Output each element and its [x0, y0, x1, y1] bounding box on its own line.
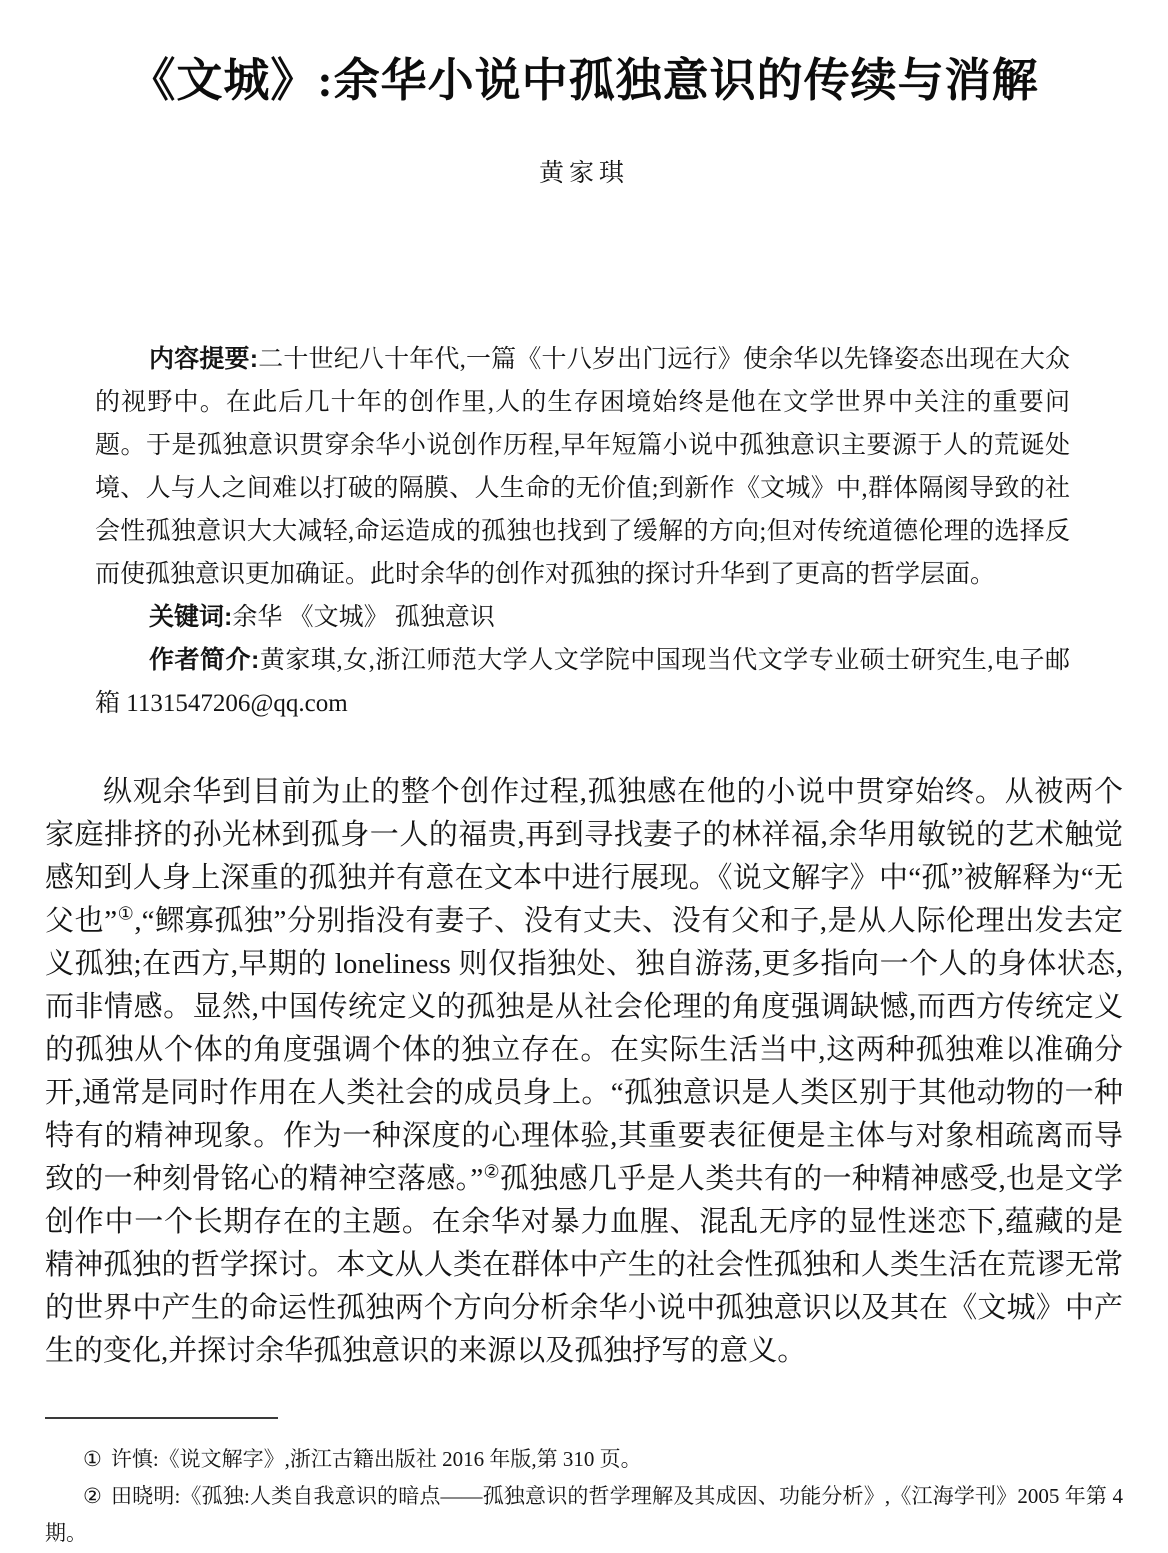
footnotes-section: ①许慎:《说文解字》,浙江古籍出版社 2016 年版,第 310 页。 ②田晓明… — [45, 1417, 1123, 1552]
footnote-separator-rule — [45, 1417, 278, 1419]
footnote-item: ①许慎:《说文解字》,浙江古籍出版社 2016 年版,第 310 页。 — [45, 1441, 1123, 1478]
body-text-segment: ,“鳏寡孤独”分别指没有妻子、没有丈夫、没有父和子,是从人际伦理出发去定义孤独;… — [45, 905, 1123, 1195]
author-bio-line: 作者简介:黄家琪,女,浙江师范大学人文学院中国现当代文学专业硕士研究生,电子邮箱… — [95, 639, 1070, 725]
footnote-ref-2: ② — [483, 1161, 500, 1181]
footnote-ref-1: ① — [117, 903, 134, 923]
abstract-label: 内容提要: — [149, 345, 258, 373]
author-name: 黄家琪 — [45, 156, 1123, 192]
footnote-marker: ① — [83, 1447, 102, 1471]
document-page: 《文城》:余华小说中孤独意识的传续与消解 黄家琪 内容提要:二十世纪八十年代,一… — [0, 0, 1168, 1553]
author-bio-label: 作者简介: — [149, 646, 259, 674]
body-paragraph: 纵观余华到目前为止的整个创作过程,孤独感在他的小说中贯穿始终。从被两个家庭排挤的… — [45, 771, 1123, 1373]
footnote-marker: ② — [83, 1484, 102, 1508]
footnote-item: ②田晓明:《孤独:人类自我意识的暗点——孤独意识的哲学理解及其成因、功能分析》,… — [45, 1478, 1123, 1552]
keywords-line: 关键词:余华 《文城》 孤独意识 — [95, 596, 1070, 639]
keywords-text: 余华 《文城》 孤独意识 — [232, 604, 495, 631]
keywords-label: 关键词: — [149, 603, 232, 631]
article-title: 《文城》:余华小说中孤独意识的传续与消解 — [45, 52, 1123, 110]
article-body: 纵观余华到目前为止的整个创作过程,孤独感在他的小说中贯穿始终。从被两个家庭排挤的… — [45, 771, 1123, 1373]
footnote-text: 许慎:《说文解字》,浙江古籍出版社 2016 年版,第 310 页。 — [111, 1447, 642, 1471]
abstract-text: 二十世纪八十年代,一篇《十八岁出门远行》使余华以先锋姿态出现在大众的视野中。在此… — [95, 346, 1070, 588]
footnote-text: 田晓明:《孤独:人类自我意识的暗点——孤独意识的哲学理解及其成因、功能分析》,《… — [45, 1484, 1123, 1545]
abstract-paragraph: 内容提要:二十世纪八十年代,一篇《十八岁出门远行》使余华以先锋姿态出现在大众的视… — [95, 338, 1070, 596]
abstract-section: 内容提要:二十世纪八十年代,一篇《十八岁出门远行》使余华以先锋姿态出现在大众的视… — [95, 338, 1070, 725]
